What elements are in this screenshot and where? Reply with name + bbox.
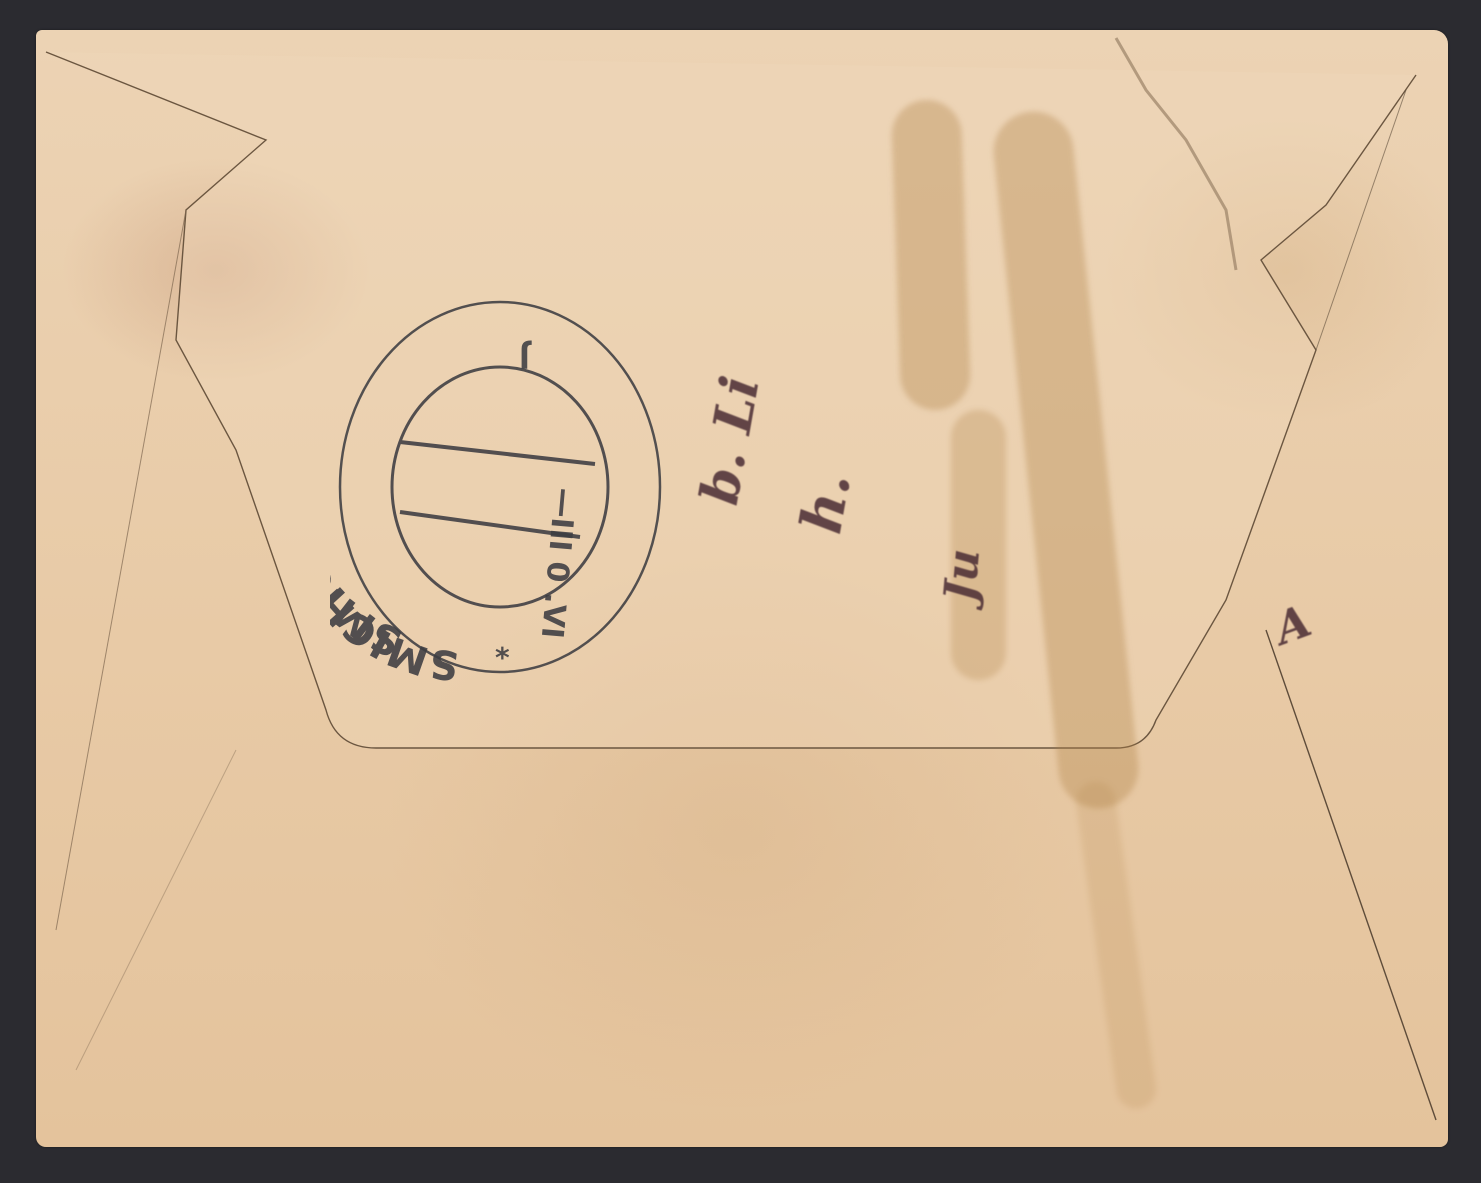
envelope-fold-lines [36, 30, 1448, 1147]
handwriting-fragment: h. [788, 468, 863, 539]
postmark-cancel: SMICHOW 1 SMICHOV 1 —III 0 .VI J * [330, 292, 670, 682]
handwriting-fragment: Ju [935, 547, 990, 604]
svg-text:*: * [495, 641, 510, 674]
envelope-back: SMICHOW 1 SMICHOV 1 —III 0 .VI J * b. Li… [36, 30, 1448, 1147]
water-stain [891, 99, 972, 411]
svg-text:—III 0 .VI: —III 0 .VI [534, 486, 582, 640]
water-stain [951, 410, 1006, 680]
svg-text:J: J [519, 339, 532, 374]
